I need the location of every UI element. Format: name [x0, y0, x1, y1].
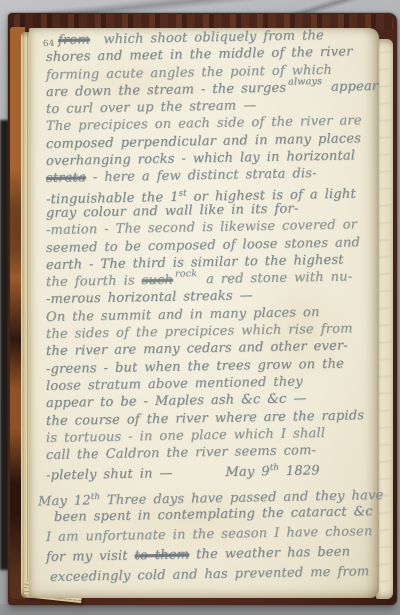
manuscript-entry-1: from which shoot obliquely from theshore…: [46, 32, 377, 482]
struck-word: strata: [46, 171, 86, 187]
handwriting-segment: a red stone with nu-: [199, 270, 352, 288]
handwriting-segment: th: [270, 463, 279, 473]
background-bottom-strip: [0, 604, 400, 615]
inserted-word: always: [288, 73, 322, 91]
handwriting-segment: I am unfortunate in the season I have ch…: [46, 524, 373, 545]
handwriting-segment: the fourth is: [46, 273, 142, 290]
journal-page: 64 from which shoot obliquely from thesh…: [29, 28, 379, 598]
handwriting-segment: -pletely shut in —: [46, 466, 173, 483]
handwriting-segment: the weather has been: [189, 544, 350, 562]
handwriting-segment: -merous horizontal streaks —: [46, 289, 253, 308]
struck-word: from: [58, 32, 90, 48]
handwriting-segment: been spent in contemplating the cataract…: [54, 504, 373, 525]
struck-word: to them: [134, 547, 189, 563]
handwriting-segment: 1829: [279, 464, 320, 480]
inserted-word: rock: [175, 265, 197, 283]
handwriting-segment: for my visit: [46, 548, 135, 565]
manuscript-text: from which shoot obliquely from theshore…: [46, 32, 377, 588]
manuscript-entry-2: May 12th Three days have passed and they…: [46, 488, 377, 588]
handwriting-segment: th: [91, 492, 100, 502]
show-through-writing: [378, 45, 391, 593]
struck-word: such: [141, 273, 173, 289]
handwriting-segment: May 9: [173, 465, 270, 482]
handwriting-segment: exceedingly cold and has prevented me fr…: [50, 564, 370, 585]
journal-book: 64 from which shoot obliquely from thesh…: [8, 13, 397, 605]
photo-background: 64 from which shoot obliquely from thesh…: [0, 0, 400, 615]
handwriting-segment: st: [178, 188, 186, 198]
handwriting-segment: appear: [324, 79, 378, 95]
